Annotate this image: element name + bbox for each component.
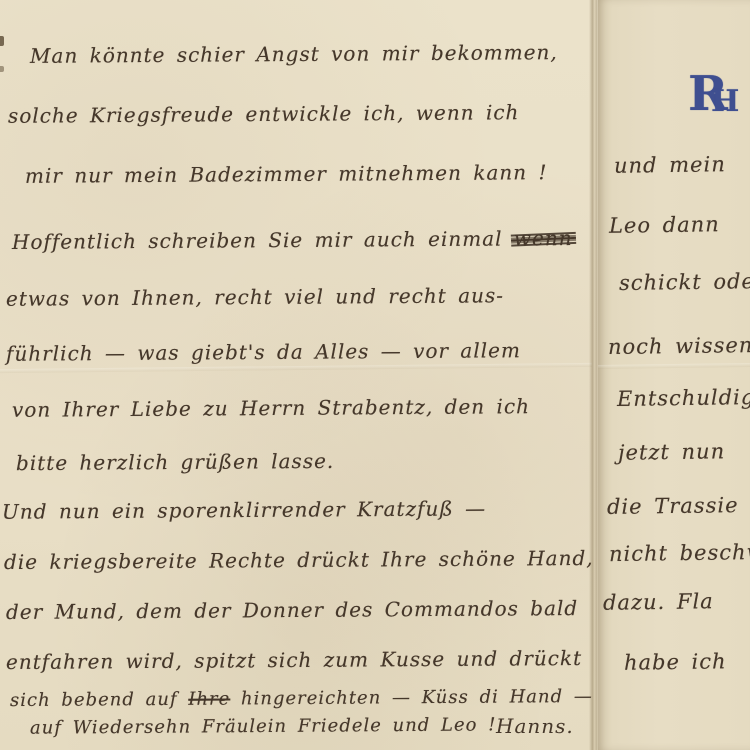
handwritten-line: bitte herzlich grüßen lasse. <box>16 449 334 475</box>
handwritten-line: Und nun ein sporenklirrender Kratzfuß — <box>2 496 486 523</box>
letter-scan: Man könnte schier Angst von mir bekommen… <box>0 0 750 750</box>
handwritten-line: die kriegsbereite Rechte drückt Ihre sch… <box>4 546 592 574</box>
scan-edge-artifact <box>0 36 4 46</box>
line-text: etwas von Ihnen, recht viel und recht au… <box>6 283 504 310</box>
line-text: auf Wiedersehn Fräulein Friedele und Leo… <box>30 714 497 738</box>
letter-left-page: Man könnte schier Angst von mir bekommen… <box>0 0 592 750</box>
handwritten-line: solche Kriegsfreude entwickle ich, wenn … <box>8 100 520 128</box>
line-text: entfahren wird, spitzt sich zum Kusse un… <box>6 646 582 674</box>
handwritten-fragment: Leo dann <box>609 212 720 238</box>
handwritten-line: sich bebend auf Ihre hingereichten — Küs… <box>10 686 592 711</box>
handwritten-fragment: habe ich <box>624 649 727 674</box>
line-text: der Mund, dem der Donner des Commandos b… <box>6 596 578 624</box>
handwritten-fragment: Entschuldig <box>617 385 750 411</box>
handwritten-line: entfahren wird, spitzt sich zum Kusse un… <box>6 646 582 674</box>
line-text: Und nun ein sporenklirrender Kratzfuß — <box>2 496 486 523</box>
handwritten-line: mir nur mein Badezimmer mitnehmen kann ! <box>25 160 548 188</box>
handwritten-line: Hoffentlich schreiben Sie mir auch einma… <box>12 226 573 254</box>
monogram-rh: R H <box>688 70 732 128</box>
line-text: die kriegsbereite Rechte drückt Ihre sch… <box>4 546 592 574</box>
handwritten-fragment: jetzt nun <box>618 439 725 464</box>
handwritten-line: auf Wiedersehn Fräulein Friedele und Leo… <box>30 714 497 738</box>
line-text: sich bebend auf <box>10 689 188 711</box>
handwritten-line: von Ihrer Liebe zu Herrn Strabentz, den … <box>12 394 530 422</box>
handwritten-fragment: schickt oder <box>619 269 750 295</box>
line-text: solche Kriegsfreude entwickle ich, wenn … <box>8 100 520 128</box>
line-text: führlich — was giebt's da Alles — vor al… <box>6 338 521 366</box>
handwritten-fragment: die Trassie <box>607 493 739 519</box>
fold-crease <box>598 363 750 369</box>
monogram-letter-h: H <box>711 87 739 117</box>
struck-word: Ihre <box>188 688 230 709</box>
signature: Hanns. <box>496 714 574 738</box>
line-text: Hoffentlich schreiben Sie mir auch einma… <box>12 226 514 254</box>
line-text: bitte herzlich grüßen lasse. <box>16 449 334 475</box>
handwritten-fragment: noch wissen <box>608 333 750 359</box>
handwritten-fragment: dazu. Fla <box>603 589 714 615</box>
handwritten-line: führlich — was giebt's da Alles — vor al… <box>6 338 521 366</box>
handwritten-fragment: nicht beschw <box>609 540 750 566</box>
handwritten-line: etwas von Ihnen, recht viel und recht au… <box>6 283 504 310</box>
handwritten-fragment: und mein <box>614 152 726 178</box>
scan-edge-artifact <box>0 66 4 72</box>
line-text: von Ihrer Liebe zu Herrn Strabentz, den … <box>12 394 530 422</box>
scribbled-out-word: wenn <box>514 226 573 250</box>
line-text: Man könnte schier Angst von mir bekommen… <box>30 40 558 68</box>
line-text: mir nur mein Badezimmer mitnehmen kann ! <box>25 160 548 188</box>
handwritten-line: der Mund, dem der Donner des Commandos b… <box>6 596 578 624</box>
handwritten-line: Man könnte schier Angst von mir bekommen… <box>30 40 558 68</box>
